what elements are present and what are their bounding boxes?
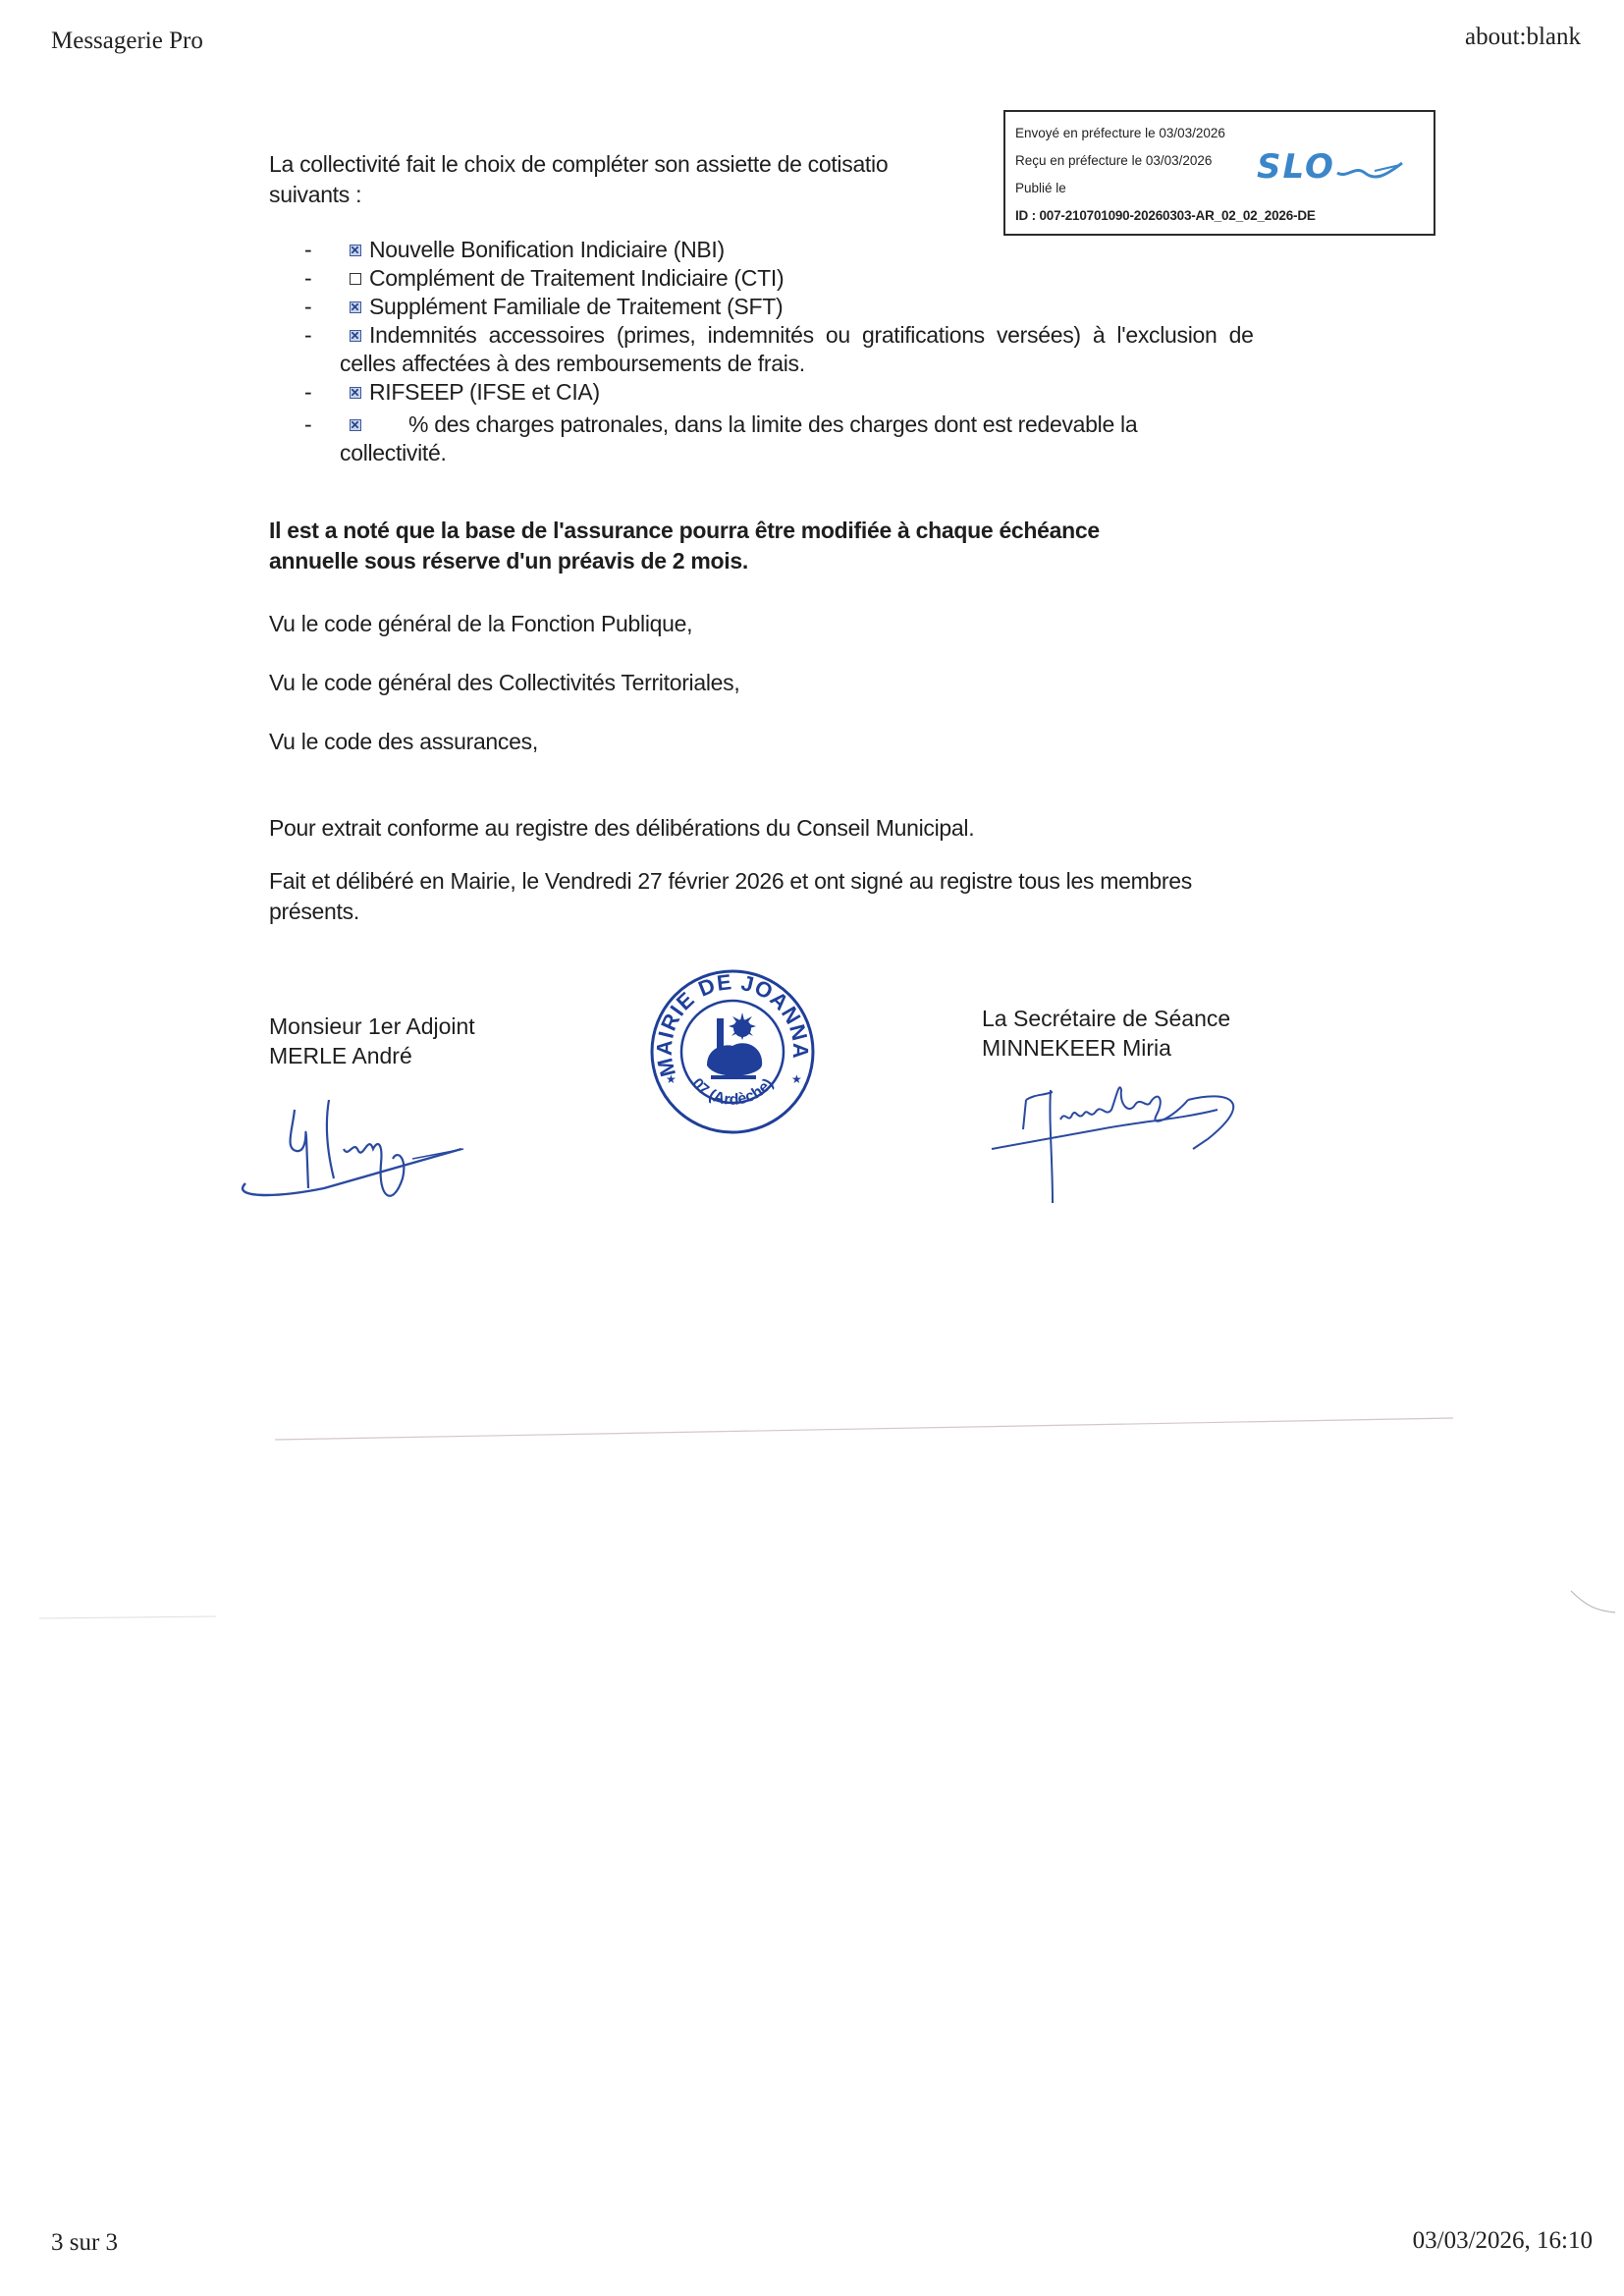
signature-minnekeer-icon (982, 1061, 1276, 1208)
insurance-note: Il est a noté que la base de l'assurance… (269, 516, 1100, 576)
stamp-act-id: ID : 007-210701090-20260303-AR_02_02_202… (1015, 208, 1316, 223)
checkbox-unchecked-icon (350, 273, 361, 285)
prefecture-stamp: Envoyé en préfecture le 03/03/2026 Reçu … (1003, 110, 1435, 236)
svg-text:★: ★ (666, 1072, 677, 1086)
option-nbi: - Nouvelle Bonification Indiciaire (NBI) (304, 236, 1384, 264)
extract-statement: Pour extrait conforme au registre des dé… (269, 813, 974, 844)
option-rifseep: - RIFSEEP (IFSE et CIA) (304, 378, 1384, 407)
option-cti: - Complément de Traitement Indiciaire (C… (304, 264, 1384, 293)
legal-basis-collectivites: Vu le code général des Collectivités Ter… (269, 668, 739, 698)
checkbox-checked-icon (350, 419, 361, 431)
mairie-seal-icon: MAIRIE DE JOANNAS 07 (Ardèche) ★ ★ (648, 967, 817, 1136)
legal-basis-fonction-publique: Vu le code général de la Fonction Publiq… (269, 609, 692, 639)
option-sft: - Supplément Familiale de Traitement (SF… (304, 293, 1384, 321)
legal-basis-assurances: Vu le code des assurances, (269, 727, 538, 757)
checkbox-checked-icon (350, 387, 361, 399)
handwritten-flourish-icon (1335, 161, 1404, 181)
signatory-right: La Secrétaire de Séance MINNEKEER Miria (982, 1004, 1230, 1063)
checkbox-checked-icon (350, 301, 361, 313)
signatory-right-title: La Secrétaire de Séance (982, 1004, 1230, 1033)
signatory-left-title: Monsieur 1er Adjoint (269, 1011, 475, 1041)
option-indemnites: - Indemnités accessoires (primes, indemn… (304, 321, 1384, 378)
stamp-sent-date: Envoyé en préfecture le 03/03/2026 (1015, 126, 1225, 140)
option-charges-patronales: - % des charges patronales, dans la limi… (304, 410, 1384, 467)
signatory-left: Monsieur 1er Adjoint MERLE André (269, 1011, 475, 1070)
handwritten-initials: SLO (1257, 147, 1335, 187)
checkbox-checked-icon (350, 330, 361, 342)
checkbox-checked-icon (350, 245, 361, 256)
deliberation-statement: Fait et délibéré en Mairie, le Vendredi … (269, 866, 1369, 927)
stamp-received-date: Reçu en préfecture le 03/03/2026 (1015, 153, 1212, 168)
stamp-published: Publié le (1015, 181, 1066, 195)
signatory-left-name: MERLE André (269, 1041, 475, 1070)
scan-artifact-edge-icon (20, 1571, 1620, 1640)
scan-artifact-line-icon (196, 1414, 1473, 1444)
svg-text:★: ★ (791, 1072, 802, 1086)
signatory-right-name: MINNEKEER Miria (982, 1033, 1230, 1063)
svg-text:07 (Ardèche): 07 (Ardèche) (688, 1075, 777, 1109)
signature-merle-icon (236, 1090, 471, 1208)
contribution-options-list: - Nouvelle Bonification Indiciaire (NBI)… (304, 236, 1384, 467)
scanned-document-page: La collectivité fait le choix de complét… (0, 0, 1624, 2296)
